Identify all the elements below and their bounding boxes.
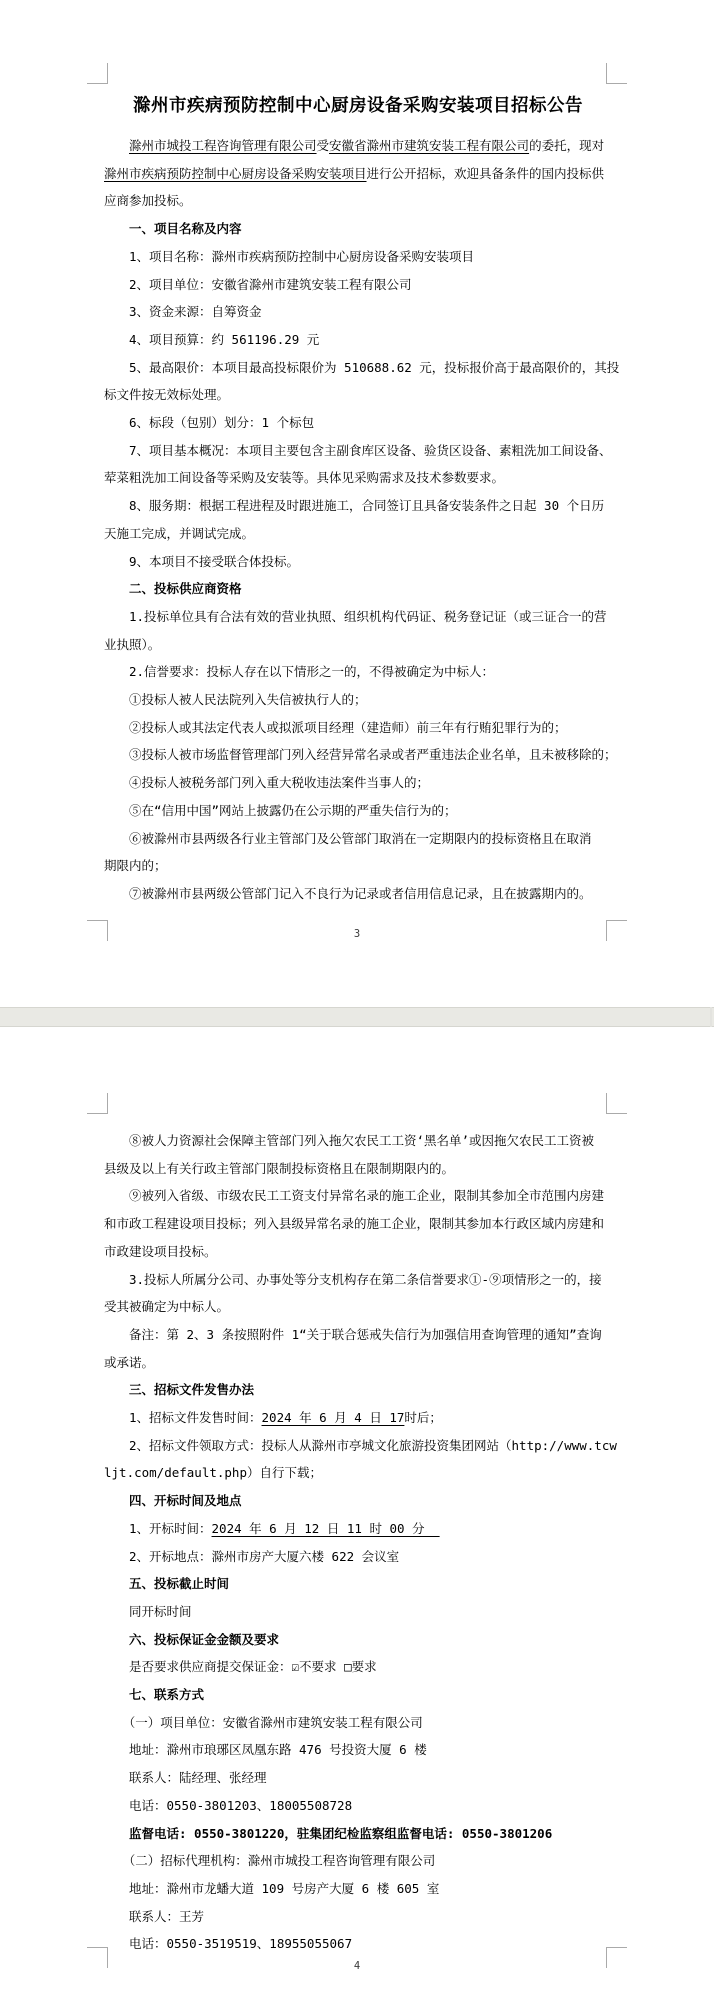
text-line: 荤菜粗洗加工间设备等采购及安装等。具体见采购需求及技术参数要求。 xyxy=(104,464,612,492)
text-run: 3.投标人所属分公司、办事处等分支机构存在第二条信誉要求①-⑨项情形之一的，接 xyxy=(104,1272,602,1287)
checkbox-checked-icon: ☑ xyxy=(292,1659,300,1674)
text-run: 进行公开招标，欢迎具备条件的国内投标供 xyxy=(367,166,605,181)
text-run: ⑨被列入省级、市级农民工工资支付异常名录的施工企业，限制其参加全市范围内房建 xyxy=(104,1188,604,1203)
text-line: 2、项目单位：安徽省滁州市建筑安装工程有限公司 xyxy=(104,271,612,299)
text-run: 或承诺。 xyxy=(104,1355,154,1370)
page-text-area: 滁州市疾病预防控制中心厨房设备采购安装项目招标公告 滁州市城投工程咨询管理有限公… xyxy=(0,0,714,908)
text-run: 的委托，现对 xyxy=(529,138,604,153)
text-run: 1.投标单位具有合法有效的营业执照、组织机构代码证、税务登记证（或三证合一的营 xyxy=(104,609,607,624)
document-page-2: ⑧被人力资源社会保障主管部门列入拖欠农民工工资‘黑名单’或因拖欠农民工工资被县级… xyxy=(0,1027,714,1998)
text-run: 地址：滁州市琅琊区凤凰东路 476 号投资大厦 6 楼 xyxy=(104,1742,427,1757)
text-run: 监督电话: 0550-3801220，驻集团纪检监察组监督电话: 0550-38… xyxy=(104,1826,552,1841)
text-run: 六、投标保证金金额及要求 xyxy=(104,1632,279,1647)
text-run: 天施工完成，并调试完成。 xyxy=(104,526,254,541)
text-run: ⑦被滁州市县两级公管部门记入不良行为记录或者信用信息记录，且在披露期内的。 xyxy=(104,886,592,901)
text-run: 3、资金来源：自筹资金 xyxy=(104,304,262,319)
section-heading: 五、投标截止时间 xyxy=(104,1570,612,1598)
text-run: 县级及以上有关行政主管部门限制投标资格且在限制期限内的。 xyxy=(104,1161,454,1176)
text-line: 地址：滁州市琅琊区凤凰东路 476 号投资大厦 6 楼 xyxy=(104,1736,612,1764)
text-run: 电话：0550-3519519、18955055067 xyxy=(104,1936,352,1951)
text-run: （一）项目单位：安徽省滁州市建筑安装工程有限公司 xyxy=(104,1715,423,1730)
text-line: 同开标时间 xyxy=(104,1598,612,1626)
text-line: 或承诺。 xyxy=(104,1349,612,1377)
margin-corner-mark xyxy=(87,63,108,84)
text-run: 时后； xyxy=(404,1410,442,1425)
text-run: 1、招标文件发售时间： xyxy=(104,1410,262,1425)
text-run: 2024 年 6 月 12 日 11 时 00 分 xyxy=(212,1521,440,1536)
text-line: 市政建设项目投标。 xyxy=(104,1238,612,1266)
text-line: 是否要求供应商提交保证金：☑不要求 □要求 xyxy=(104,1653,612,1681)
text-run: 同开标时间 xyxy=(104,1604,192,1619)
text-run: ①投标人被人民法院列入失信被执行人的； xyxy=(104,692,367,707)
text-line: ④投标人被税务部门列入重大税收违法案件当事人的； xyxy=(104,769,612,797)
text-run: ljt.com/default.php）自行下载； xyxy=(104,1465,322,1480)
text-line: 滁州市疾病预防控制中心厨房设备采购安装项目进行公开招标，欢迎具备条件的国内投标供 xyxy=(104,160,612,188)
text-run: 二、投标供应商资格 xyxy=(104,581,242,596)
text-run: 1、项目名称：滁州市疾病预防控制中心厨房设备采购安装项目 xyxy=(104,249,474,264)
text-run: ⑥被滁州市县两级各行业主管部门及公管部门取消在一定期限内的投标资格且在取消 xyxy=(104,831,592,846)
text-run: 2、招标文件领取方式：投标人从滁州市亭城文化旅游投资集团网站（http://ww… xyxy=(104,1438,617,1453)
text-run: 9、本项目不接受联合体投标。 xyxy=(104,554,299,569)
text-run: 要求 xyxy=(352,1659,377,1674)
text-line: ⑥被滁州市县两级各行业主管部门及公管部门取消在一定期限内的投标资格且在取消 xyxy=(104,825,612,853)
text-run: 8、服务期：根据工程进程及时跟进施工，合同签订且具备安装条件之日起 30 个日历 xyxy=(104,498,604,513)
text-run: 业执照）。 xyxy=(104,637,160,652)
text-line: 1.投标单位具有合法有效的营业执照、组织机构代码证、税务登记证（或三证合一的营 xyxy=(104,603,612,631)
section-heading: 四、开标时间及地点 xyxy=(104,1487,612,1515)
text-run xyxy=(104,138,129,153)
text-line: 1、招标文件发售时间：2024 年 6 月 4 日 17时后； xyxy=(104,1404,612,1432)
text-line: ⑤在“信用中国”网站上披露仍在公示期的严重失信行为的； xyxy=(104,797,612,825)
document-title: 滁州市疾病预防控制中心厨房设备采购安装项目招标公告 xyxy=(104,90,612,122)
text-run: 4、项目预算：约 561196.29 元 xyxy=(104,332,319,347)
text-line: 1、项目名称：滁州市疾病预防控制中心厨房设备采购安装项目 xyxy=(104,243,612,271)
text-line: 县级及以上有关行政主管部门限制投标资格且在限制期限内的。 xyxy=(104,1155,612,1183)
text-run: 2.信誉要求：投标人存在以下情形之一的，不得被确定为中标人： xyxy=(104,664,494,679)
text-line: 天施工完成，并调试完成。 xyxy=(104,520,612,548)
text-line: 标文件按无效标处理。 xyxy=(104,381,612,409)
text-run: （二）招标代理机构：滁州市城投工程咨询管理有限公司 xyxy=(104,1853,435,1868)
text-run: 5、最高限价：本项目最高投标限价为 510688.62 元，投标报价高于最高限价… xyxy=(104,360,619,375)
text-line: 5、最高限价：本项目最高投标限价为 510688.62 元，投标报价高于最高限价… xyxy=(104,354,612,382)
text-run: 和市政工程建设项目投标；列入县级异常名录的施工企业，限制其参加本行政区域内房建和 xyxy=(104,1216,604,1231)
text-line: 1、开标时间：2024 年 6 月 12 日 11 时 00 分 xyxy=(104,1515,612,1543)
text-line: 电话：0550-3801203、18005508728 xyxy=(104,1792,612,1820)
text-run: ③投标人被市场监督管理部门列入经营异常名录或者严重违法企业名单，且未被移除的； xyxy=(104,747,617,762)
text-line: ⑧被人力资源社会保障主管部门列入拖欠农民工工资‘黑名单’或因拖欠农民工工资被 xyxy=(104,1127,612,1155)
page-number: 3 xyxy=(0,928,714,940)
text-line: ①投标人被人民法院列入失信被执行人的； xyxy=(104,686,612,714)
section-heading: 七、联系方式 xyxy=(104,1681,612,1709)
text-line: 受其被确定为中标人。 xyxy=(104,1293,612,1321)
text-line: 电话：0550-3519519、18955055067 xyxy=(104,1930,612,1958)
text-run: 2、开标地点：滁州市房产大厦六楼 622 会议室 xyxy=(104,1549,399,1564)
text-run: 滁州市城投工程咨询管理有限公司 xyxy=(129,138,317,153)
text-run: 电话：0550-3801203、18005508728 xyxy=(104,1798,352,1813)
text-line: 和市政工程建设项目投标；列入县级异常名录的施工企业，限制其参加本行政区域内房建和 xyxy=(104,1210,612,1238)
text-run: 6、标段（包别）划分：1 个标包 xyxy=(104,415,314,430)
text-run: 七、联系方式 xyxy=(104,1687,204,1702)
text-run: ②投标人或其法定代表人或拟派项目经理（建造师）前三年有行贿犯罪行为的； xyxy=(104,720,567,735)
text-line: （二）招标代理机构：滁州市城投工程咨询管理有限公司 xyxy=(104,1847,612,1875)
text-run: 市政建设项目投标。 xyxy=(104,1244,217,1259)
text-line: ⑦被滁州市县两级公管部门记入不良行为记录或者信用信息记录，且在披露期内的。 xyxy=(104,880,612,908)
margin-corner-mark xyxy=(606,1093,627,1114)
text-line: 2、开标地点：滁州市房产大厦六楼 622 会议室 xyxy=(104,1543,612,1571)
text-line: 6、标段（包别）划分：1 个标包 xyxy=(104,409,612,437)
text-line: ③投标人被市场监督管理部门列入经营异常名录或者严重违法企业名单，且未被移除的； xyxy=(104,741,612,769)
text-line: 业执照）。 xyxy=(104,631,612,659)
text-line: 8、服务期：根据工程进程及时跟进施工，合同签订且具备安装条件之日起 30 个日历 xyxy=(104,492,612,520)
text-line: 备注：第 2、3 条按照附件 1“关于联合惩戒失信行为加强信用查询管理的通知”查… xyxy=(104,1321,612,1349)
text-run: ⑤在“信用中国”网站上披露仍在公示期的严重失信行为的； xyxy=(104,803,457,818)
text-run: 是否要求供应商提交保证金： xyxy=(104,1659,292,1674)
text-run: 五、投标截止时间 xyxy=(104,1576,229,1591)
section-heading: 二、投标供应商资格 xyxy=(104,575,612,603)
text-line: ljt.com/default.php）自行下载； xyxy=(104,1459,612,1487)
text-run: 滁州市疾病预防控制中心厨房设备采购安装项目 xyxy=(104,166,367,181)
margin-corner-mark xyxy=(606,63,627,84)
text-line: ②投标人或其法定代表人或拟派项目经理（建造师）前三年有行贿犯罪行为的； xyxy=(104,714,612,742)
text-line: 滁州市城投工程咨询管理有限公司受安徽省滁州市建筑安装工程有限公司的委托，现对 xyxy=(104,132,612,160)
text-run: 荤菜粗洗加工间设备等采购及安装等。具体见采购需求及技术参数要求。 xyxy=(104,470,504,485)
text-line: ⑨被列入省级、市级农民工工资支付异常名录的施工企业，限制其参加全市范围内房建 xyxy=(104,1182,612,1210)
text-run: 2024 年 6 月 4 日 17 xyxy=(262,1410,405,1425)
text-run: 一、项目名称及内容 xyxy=(104,221,242,236)
section-heading: 六、投标保证金金额及要求 xyxy=(104,1626,612,1654)
text-line: 3.投标人所属分公司、办事处等分支机构存在第二条信誉要求①-⑨项情形之一的，接 xyxy=(104,1266,612,1294)
text-line: （一）项目单位：安徽省滁州市建筑安装工程有限公司 xyxy=(104,1709,612,1737)
text-run: 联系人：陆经理、张经理 xyxy=(104,1770,267,1785)
section-heading: 一、项目名称及内容 xyxy=(104,215,612,243)
text-run: 受 xyxy=(317,138,330,153)
text-run: 安徽省滁州市建筑安装工程有限公司 xyxy=(329,138,529,153)
text-line: 9、本项目不接受联合体投标。 xyxy=(104,548,612,576)
text-run: ⑧被人力资源社会保障主管部门列入拖欠农民工工资‘黑名单’或因拖欠农民工工资被 xyxy=(104,1133,594,1148)
text-line: 联系人：王芳 xyxy=(104,1903,612,1931)
text-line: 2、招标文件领取方式：投标人从滁州市亭城文化旅游投资集团网站（http://ww… xyxy=(104,1432,612,1460)
text-run: 7、项目基本概况：本项目主要包含主副食库区设备、验货区设备、素粗洗加工间设备、 xyxy=(104,443,612,458)
text-run: 三、招标文件发售办法 xyxy=(104,1382,254,1397)
text-run: 受其被确定为中标人。 xyxy=(104,1299,229,1314)
text-line: 2.信誉要求：投标人存在以下情形之一的，不得被确定为中标人： xyxy=(104,658,612,686)
text-run: 不要求 xyxy=(299,1659,344,1674)
text-run: 1、开标时间： xyxy=(104,1521,212,1536)
text-line: 7、项目基本概况：本项目主要包含主副食库区设备、验货区设备、素粗洗加工间设备、 xyxy=(104,437,612,465)
text-run: 备注：第 2、3 条按照附件 1“关于联合惩戒失信行为加强信用查询管理的通知”查… xyxy=(104,1327,602,1342)
text-run: 期限内的； xyxy=(104,858,167,873)
text-run: 四、开标时间及地点 xyxy=(104,1493,242,1508)
page-body-lines: 滁州市城投工程咨询管理有限公司受安徽省滁州市建筑安装工程有限公司的委托，现对滁州… xyxy=(104,132,612,908)
checkbox-unchecked-icon: □ xyxy=(344,1659,352,1674)
text-line: 期限内的； xyxy=(104,852,612,880)
text-run: 地址：滁州市龙蟠大道 109 号房产大厦 6 楼 605 室 xyxy=(104,1881,439,1896)
text-run: 标文件按无效标处理。 xyxy=(104,387,229,402)
text-run: 联系人：王芳 xyxy=(104,1909,204,1924)
text-run: 2、项目单位：安徽省滁州市建筑安装工程有限公司 xyxy=(104,277,412,292)
text-line: 4、项目预算：约 561196.29 元 xyxy=(104,326,612,354)
text-line: 地址：滁州市龙蟠大道 109 号房产大厦 6 楼 605 室 xyxy=(104,1875,612,1903)
document-page-1: 滁州市疾病预防控制中心厨房设备采购安装项目招标公告 滁州市城投工程咨询管理有限公… xyxy=(0,0,714,1007)
text-line: 联系人：陆经理、张经理 xyxy=(104,1764,612,1792)
page-number: 4 xyxy=(0,1960,714,1972)
margin-corner-mark xyxy=(87,1093,108,1114)
page-body-lines: ⑧被人力资源社会保障主管部门列入拖欠农民工工资‘黑名单’或因拖欠农民工工资被县级… xyxy=(104,1127,612,1958)
text-line: 3、资金来源：自筹资金 xyxy=(104,298,612,326)
text-line: 监督电话: 0550-3801220，驻集团纪检监察组监督电话: 0550-38… xyxy=(104,1820,612,1848)
text-run: 应商参加投标。 xyxy=(104,193,192,208)
text-line: 应商参加投标。 xyxy=(104,187,612,215)
section-heading: 三、招标文件发售办法 xyxy=(104,1376,612,1404)
page-text-area: ⑧被人力资源社会保障主管部门列入拖欠农民工工资‘黑名单’或因拖欠农民工工资被县级… xyxy=(0,1027,714,1958)
page-separator xyxy=(0,1007,714,1027)
text-run: ④投标人被税务部门列入重大税收违法案件当事人的； xyxy=(104,775,429,790)
